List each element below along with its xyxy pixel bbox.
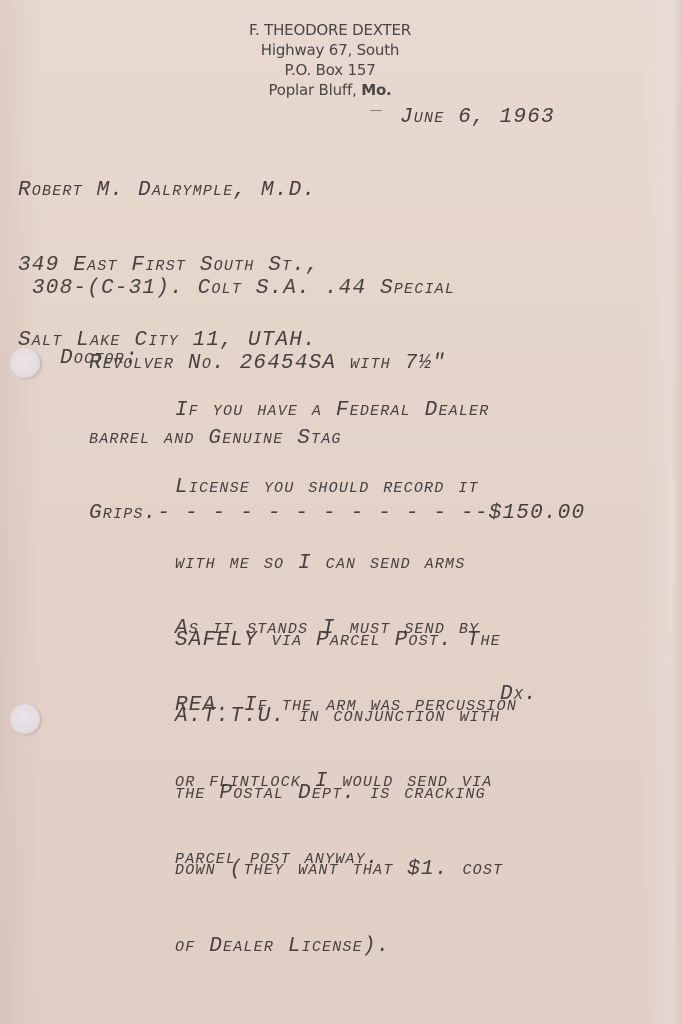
letterhead-name: F. THEODORE DEXTER — [200, 20, 460, 40]
paragraph-2-line: REA. If the arm was percussion — [175, 693, 517, 719]
punch-hole — [10, 704, 40, 734]
signature: Dx. — [500, 683, 538, 706]
paragraph-2: As it stands I must send by REA. If the … — [175, 565, 517, 897]
paragraph-1-line: of Dealer License). — [175, 934, 503, 960]
salutation: Doctor: — [60, 347, 139, 370]
paragraph-2-line: or flintlock I would send via — [175, 769, 517, 795]
letter-date: June 6, 1963 — [400, 106, 555, 129]
stray-mark — [370, 110, 382, 111]
letterhead-city-state: Poplar Bluff, Mo. — [200, 80, 460, 100]
paragraph-1-line: License you should record it — [175, 475, 503, 501]
letterhead-po-box: P.O. Box 157 — [200, 60, 460, 80]
punch-hole — [10, 348, 40, 378]
letterhead: F. THEODORE DEXTER Highway 67, South P.O… — [200, 20, 460, 100]
paragraph-2-line: As it stands I must send by — [175, 616, 517, 642]
letterhead-street: Highway 67, South — [200, 40, 460, 60]
item-line-1: 308-(C-31). Colt S.A. .44 Special — [32, 276, 585, 301]
letterhead-city: Poplar Bluff, — [268, 81, 356, 99]
paragraph-1-line: If you have a Federal Dealer — [175, 398, 503, 424]
recipient-name: Robert M. Dalrymple, M.D. — [18, 178, 320, 203]
letterhead-state: Mo. — [361, 81, 391, 99]
paragraph-2-line: parcel post anyway. — [175, 846, 517, 872]
